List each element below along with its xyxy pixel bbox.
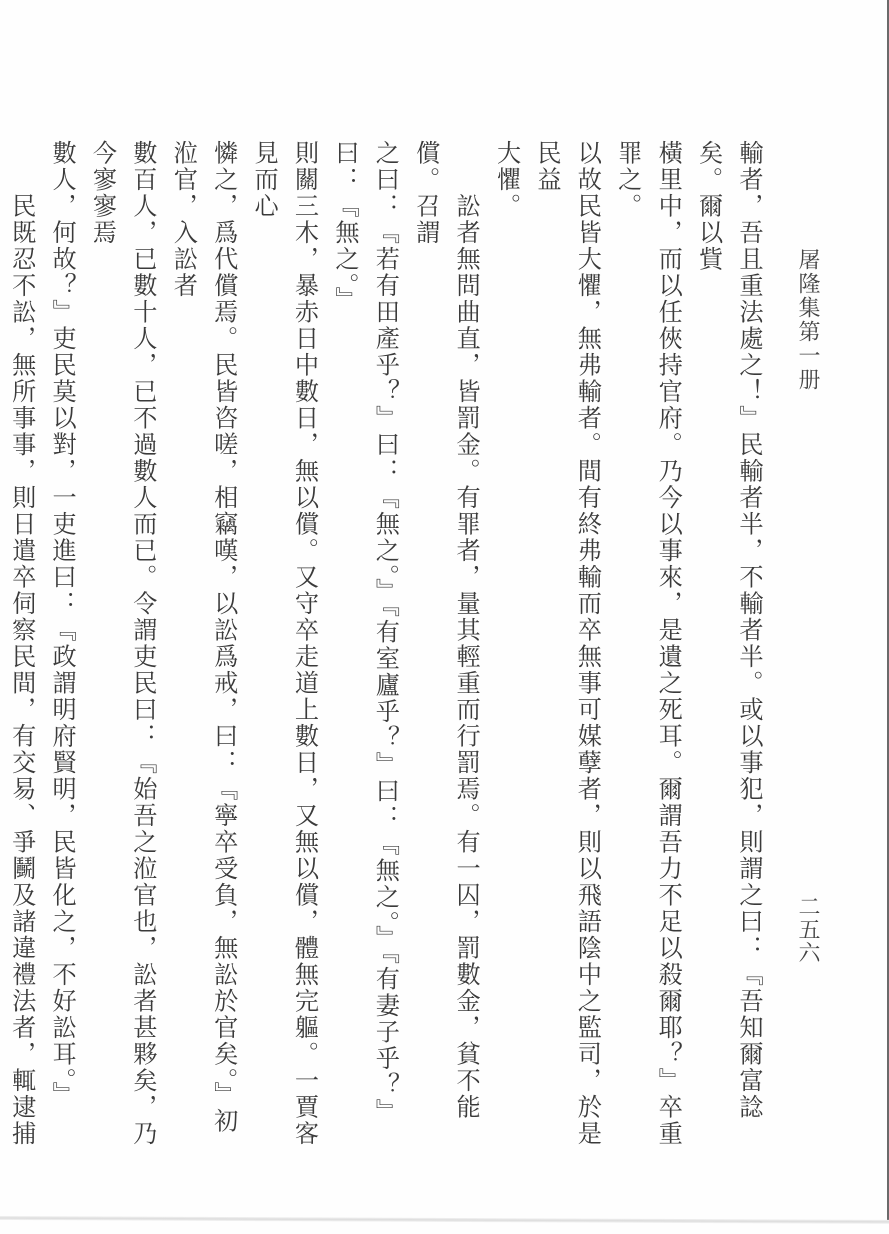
paragraph-start-line: 訟者無問曲直，皆罰金。有罪者，量其輕重而行罰焉。有一囚，罰數金，貧不能償。召謂 [405, 140, 486, 1160]
scanned-page: 屠隆集第一册 二五六 輸者，吾且重法處之！』民輸者半，不輸者半。或以事犯，則謂之… [0, 0, 889, 1234]
paragraph-start-line: 民既忍不訟，無所事事，則日遣卒伺察民間，有交易、爭鬭及諸違禮法者，輒逮捕之。而又 [0, 140, 42, 1160]
text-line: 之曰：『若有田產乎？』曰：『無之。』『有室廬乎？』曰：『無之。』『有妻子乎？』曰… [325, 140, 406, 1160]
text-line: 則關三木，暴赤日中數日，無以償。又守卒走道上數日，又無以償，體無完軀。一賈客見而… [244, 140, 325, 1160]
text-line: 以故民皆大懼，無弗輸者。間有終弗輸而卒無事可媒孽者，則以飛語陰中之監司，於是民益 [527, 140, 608, 1160]
text-line: 數人，何故？』吏民莫以對，一吏進曰：『政謂明府賢明，民皆化之，不好訟耳。』 [42, 140, 82, 1160]
text-line: 大懼。 [486, 140, 526, 1160]
running-header-title: 屠隆集第一册 [796, 248, 818, 392]
text-line: 憐之，爲代償焉。民皆咨嗟，相竊嘆，以訟爲戒，曰：『寧卒受負，無訟於官矣。』初涖官… [163, 140, 244, 1160]
text-line: 數百人，已數十人，已不過數人而已。令謂吏民曰：『始吾之涖官也，訟者甚夥矣，乃今寥… [82, 140, 163, 1160]
text-line: 橫里中，而以任俠持官府。乃今以事來，是遺之死耳。爾謂吾力不足以殺爾耶？』卒重罪之… [607, 140, 688, 1160]
page-number: 二五六 [796, 895, 818, 964]
body-text: 輸者，吾且重法處之！』民輸者半，不輸者半。或以事犯，則謂之曰：『吾知爾富諗矣。爾… [0, 140, 769, 1160]
page-edge-bottom [0, 1216, 889, 1224]
text-line: 輸者，吾且重法處之！』民輸者半，不輸者半。或以事犯，則謂之曰：『吾知爾富諗矣。爾… [688, 140, 769, 1160]
